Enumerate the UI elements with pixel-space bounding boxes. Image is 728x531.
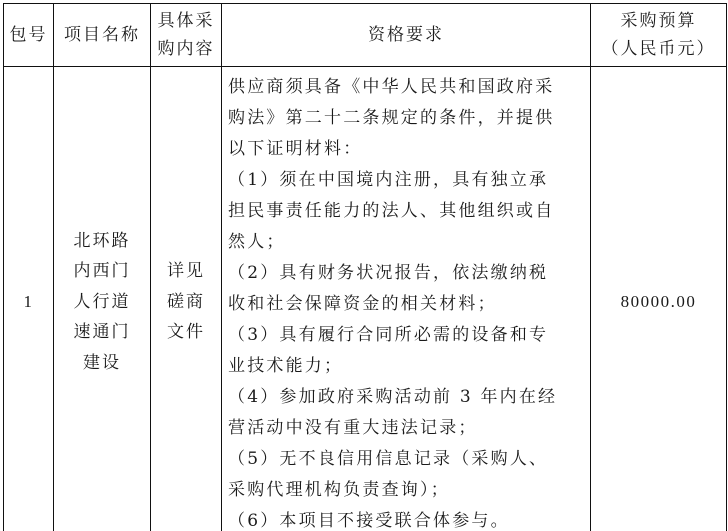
budget-cell: 80000.00 [591, 67, 727, 531]
header-row: 包号 项目名称 具体采 购内容 资格要求 采购预算 （人民币元） [4, 4, 727, 67]
header-budget: 采购预算 （人民币元） [591, 4, 727, 67]
content-cell: 详见 磋商 文件 [151, 67, 222, 531]
procurement-table: 包号 项目名称 具体采 购内容 资格要求 采购预算 （人民币元） 1 北环路 内… [3, 3, 727, 531]
header-package-no: 包号 [4, 4, 54, 67]
requirements-cell: 供应商须具备《中华人民共和国政府采 购法》第二十二条规定的条件，并提供 以下证明… [222, 67, 591, 531]
table-row: 1 北环路 内西门 人行道 速通门 建设 详见 磋商 文件 供应商须具备《中华人… [4, 67, 727, 531]
header-project-name: 项目名称 [54, 4, 151, 67]
header-requirements: 资格要求 [222, 4, 591, 67]
package-no-cell: 1 [4, 67, 54, 531]
project-name-cell: 北环路 内西门 人行道 速通门 建设 [54, 67, 151, 531]
header-content: 具体采 购内容 [151, 4, 222, 67]
